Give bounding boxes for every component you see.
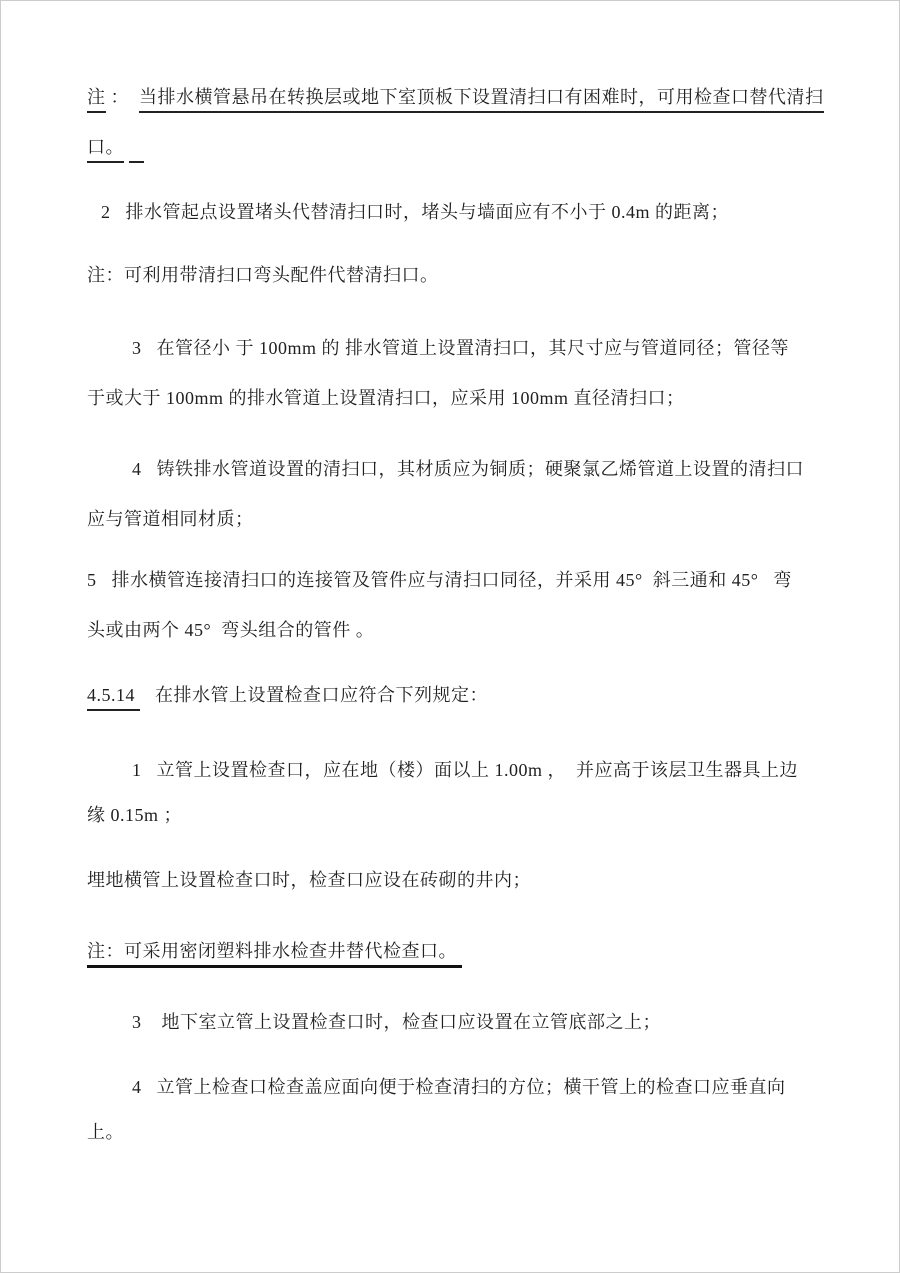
text-segment: 注：可利用带清扫口弯头配件代替清扫口。: [87, 265, 439, 285]
text-segment: 5 排水横管连接清扫口的连接管及管件应与清扫口同径，并采用 45° 斜三通和 4…: [87, 570, 792, 590]
text-segment: 3 在管径小 于 100mm 的 排水管道上设置清扫口，其尺寸应与管道同径；管径…: [132, 338, 789, 358]
text-line: 注 ： 当排水横管悬吊在转换层或地下室顶板下设置清扫口有困难时，可用检查口替代清…: [87, 86, 827, 109]
text-line: 于或大于 100mm 的排水管道上设置清扫口，应采用 100mm 直径清扫口；: [87, 387, 827, 410]
text-line: 3 地下室立管上设置检查口时，检查口应设置在立管底部之上；: [87, 1011, 827, 1034]
text-segment: 1 立管上设置检查口，应在地（楼）面以上 1.00m ， 并应高于该层卫生器具上…: [132, 760, 798, 780]
text-segment: ：: [106, 87, 140, 107]
text-segment: 4 立管上检查口检查盖应面向便于检查清扫的方位；横干管上的检查口应垂直向: [132, 1077, 786, 1097]
text-line: 4 立管上检查口检查盖应面向便于检查清扫的方位；横干管上的检查口应垂直向: [87, 1076, 827, 1099]
underlined-text-segment: 注：可采用密闭塑料排水检查井替代检查口。: [87, 941, 462, 968]
text-segment: 上。: [87, 1122, 124, 1142]
underlined-text-segment: [129, 137, 144, 163]
text-line: 应与管道相同材质；: [87, 508, 827, 531]
text-line: 3 在管径小 于 100mm 的 排水管道上设置清扫口，其尺寸应与管道同径；管径…: [87, 337, 827, 360]
text-segment: 2 排水管起点设置堵头代替清扫口时，堵头与墙面应有不小于 0.4m 的距离；: [101, 202, 729, 222]
text-line: 2 排水管起点设置堵头代替清扫口时，堵头与墙面应有不小于 0.4m 的距离；: [87, 201, 827, 224]
text-segment: 于或大于 100mm 的排水管道上设置清扫口，应采用 100mm 直径清扫口；: [87, 388, 685, 408]
text-line: 4 铸铁排水管道设置的清扫口，其材质应为铜质；硬聚氯乙烯管道上设置的清扫口: [87, 458, 827, 481]
text-segment: 头或由两个 45° 弯头组合的管件 。: [87, 620, 374, 640]
document-body: 注 ： 当排水横管悬吊在转换层或地下室顶板下设置清扫口有困难时，可用检查口替代清…: [87, 86, 827, 1144]
underlined-text-segment: 注: [87, 87, 106, 113]
text-segment: 4 铸铁排水管道设置的清扫口，其材质应为铜质；硬聚氯乙烯管道上设置的清扫口: [132, 459, 804, 479]
text-line: 注：可采用密闭塑料排水检查井替代检查口。: [87, 940, 827, 963]
text-line: 5 排水横管连接清扫口的连接管及管件应与清扫口同径，并采用 45° 斜三通和 4…: [87, 569, 827, 592]
text-line: 头或由两个 45° 弯头组合的管件 。: [87, 619, 827, 642]
text-line: 缘 0.15m ；: [87, 804, 827, 827]
text-line: 1 立管上设置检查口，应在地（楼）面以上 1.00m ， 并应高于该层卫生器具上…: [87, 759, 827, 782]
text-segment: 3 地下室立管上设置检查口时，检查口应设置在立管底部之上；: [132, 1012, 661, 1032]
text-segment: 埋地横管上设置检查口时，检查口应设在砖砌的井内；: [87, 870, 531, 890]
underlined-text-segment: 4.5.14: [87, 685, 140, 711]
text-line: 口。: [87, 136, 827, 159]
underlined-text-segment: 口。: [87, 137, 124, 163]
document-page: 注 ： 当排水横管悬吊在转换层或地下室顶板下设置清扫口有困难时，可用检查口替代清…: [0, 0, 900, 1273]
text-line: 上。: [87, 1121, 827, 1144]
text-segment: 缘 0.15m ；: [87, 805, 182, 825]
text-segment: 应与管道相同材质；: [87, 509, 254, 529]
text-segment: 在排水管上设置检查口应符合下列规定：: [140, 685, 488, 705]
text-line: 埋地横管上设置检查口时，检查口应设在砖砌的井内；: [87, 869, 827, 892]
text-line: 4.5.14 在排水管上设置检查口应符合下列规定：: [87, 684, 827, 707]
underlined-text-segment: 当排水横管悬吊在转换层或地下室顶板下设置清扫口有困难时，可用检查口替代清扫: [139, 87, 824, 113]
text-line: 注：可利用带清扫口弯头配件代替清扫口。: [87, 264, 827, 287]
